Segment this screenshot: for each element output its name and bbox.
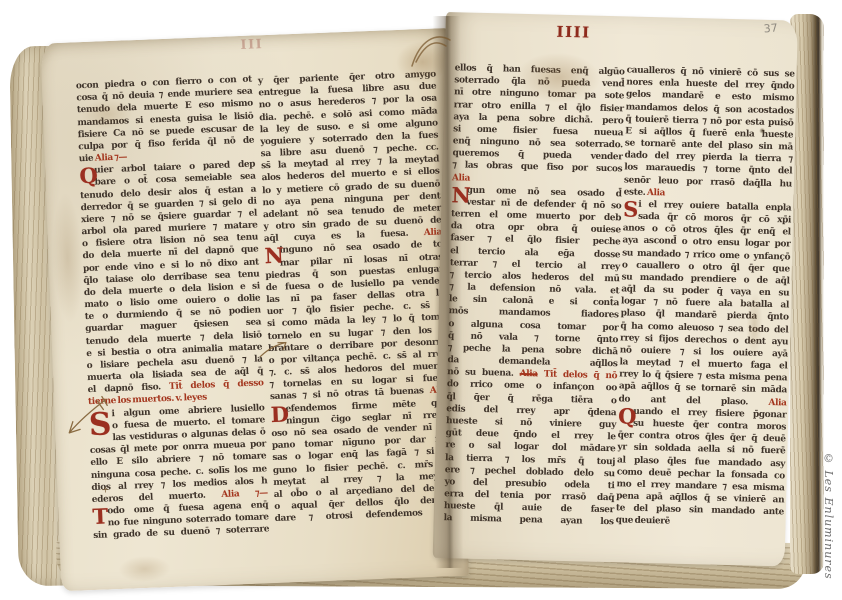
folio-number-pencil: 37: [763, 21, 778, 35]
text-column-2: y q̄er pariente q̄er otro amygoentregue …: [258, 69, 453, 526]
rubric-text: Alia: [647, 188, 665, 198]
text-column-3: ellos q̄ han fuesas enq̄ algūosoterrado …: [443, 62, 624, 529]
illuminated-initial: S: [623, 198, 638, 220]
page-heading-numeral-right: IIII: [556, 23, 591, 42]
illuminated-initial: T: [92, 505, 108, 528]
rubric-text: Alia: [424, 228, 442, 239]
rubric-text: Tit̄ delos q̄ nō: [544, 370, 618, 382]
right-page: IIII 37 ellos q̄ han fuesas enq̄ algūoso…: [433, 12, 798, 566]
left-page: III ocon piedra o con fierro o con otcos…: [40, 28, 469, 591]
text-column-1: ocon piedra o con fierro o con otcosa q̄…: [76, 74, 270, 543]
page-heading-numeral-left: III: [240, 37, 263, 53]
illuminated-initial: Q: [79, 165, 98, 188]
binding-thread: [406, 24, 458, 72]
illuminated-initial: Q: [618, 405, 636, 427]
rubric-text: Alia: [768, 398, 786, 408]
rubric-text: Alia ⁊—: [95, 152, 128, 163]
text-column-4: caualleros q̄ nō vinierē cō sus senores …: [615, 64, 794, 530]
copyright-watermark: © Les Enluminures: [822, 452, 835, 580]
manuscript-photo: III ocon piedra o con fierro o con otcos…: [0, 0, 842, 600]
illuminated-initial: S: [88, 408, 111, 442]
illuminated-initial: N: [264, 245, 284, 268]
rubric-text: Alia: [519, 369, 537, 379]
parchment-stain: [50, 192, 85, 323]
illuminated-initial: N: [451, 184, 470, 206]
rubric-text: Alia ⁊—: [221, 488, 268, 500]
illuminated-initial: D: [270, 403, 289, 426]
margin-annotation-cross: +: [101, 485, 109, 495]
parchment-stain: [118, 555, 171, 583]
